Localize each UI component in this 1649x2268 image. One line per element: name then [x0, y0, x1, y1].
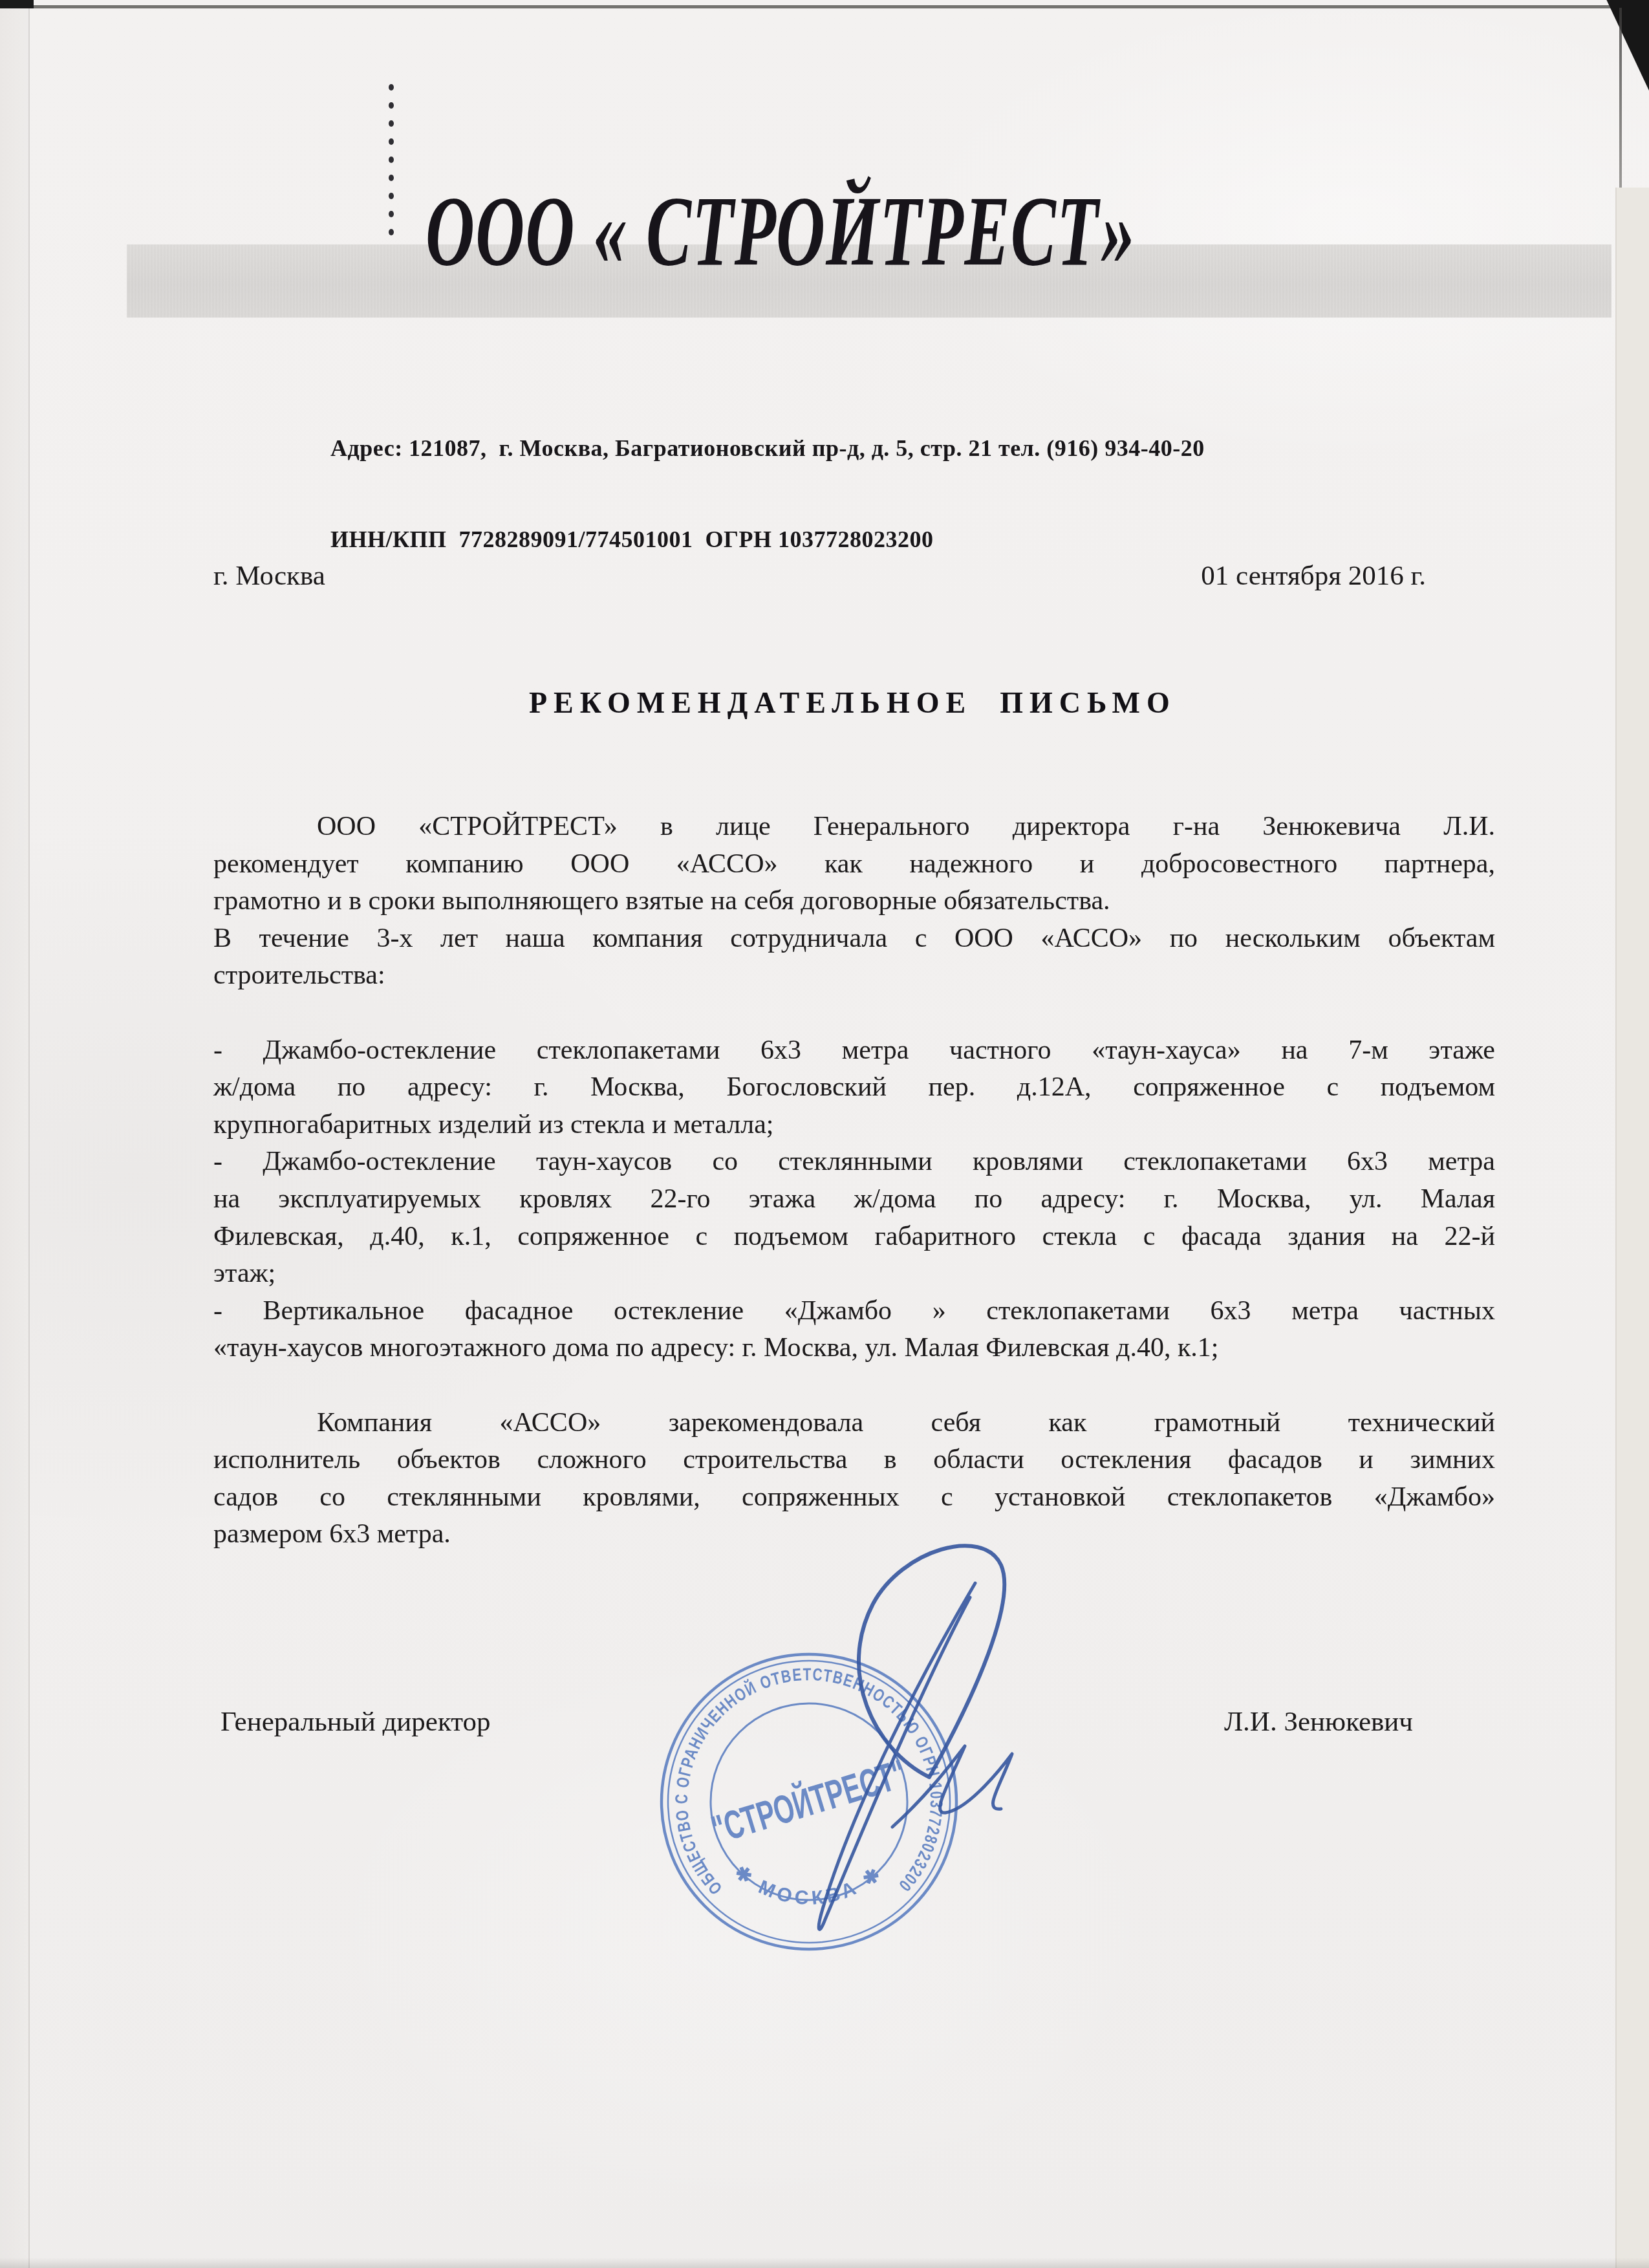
address-line-2: ИНН/КПП 7728289091/774501001 ОГРН 103772… [330, 524, 1205, 555]
dot [389, 120, 394, 127]
signer-name: Л.И. Зенюкевич [1224, 1706, 1413, 1738]
signer-title: Генеральный директор [221, 1706, 491, 1738]
scan-top-edge-line [26, 5, 1621, 8]
scan-top-right-corner [1597, 0, 1649, 91]
body-line: ООО «СТРОЙТРЕСТ» в лице Генерального дир… [213, 808, 1495, 846]
dot [389, 229, 394, 235]
body-line: В течение 3-х лет наша компания сотрудни… [213, 920, 1495, 958]
signature-zigzag [892, 1746, 1012, 1827]
body-line: исполнитель объектов сложного строительс… [213, 1442, 1495, 1479]
address-line-1: Адрес: 121087, г. Москва, Багратионовски… [330, 433, 1205, 464]
body-line: Компания «АССО» зарекомендовала себя как… [213, 1405, 1495, 1442]
company-title: ООО « СТРОЙТРЕСТ» [426, 181, 1136, 281]
scan-right-edge-line [1619, 8, 1622, 202]
body-line: рекомендует компанию ООО «АССО» как наде… [213, 846, 1495, 883]
body-line: строительства: [213, 957, 1495, 995]
dot [389, 102, 394, 109]
body-line: этаж; [213, 1255, 1495, 1293]
body-line: «таун-хаусов многоэтажного дома по адрес… [213, 1330, 1495, 1367]
letterhead-address: Адрес: 121087, г. Москва, Багратионовски… [330, 373, 1205, 616]
body-line: - Джамбо-остекление таун-хаусов со стекл… [213, 1143, 1495, 1181]
scan-bottom-shadow [0, 2258, 1649, 2268]
body-line: садов со стеклянными кровлями, сопряженн… [213, 1479, 1495, 1517]
dot [389, 157, 394, 163]
body-line: на эксплуатируемых кровлях 22-го этажа ж… [213, 1181, 1495, 1218]
dot [389, 211, 394, 217]
letter-title: РЕКОМЕНДАТЕЛЬНОЕ ПИСЬМО [529, 686, 1176, 720]
body-line: ж/дома по адресу: г. Москва, Богословски… [213, 1069, 1495, 1107]
body-line: - Вертикальное фасадное остекление «Джам… [213, 1293, 1495, 1330]
dot [389, 138, 394, 145]
scan-top-left-corner [0, 0, 34, 8]
scanned-letter-page: ООО « СТРОЙТРЕСТ» Адрес: 121087, г. Моск… [0, 0, 1649, 2268]
letter-body: ООО «СТРОЙТРЕСТ» в лице Генерального дир… [213, 808, 1495, 1553]
body-line: крупногабаритных изделий из стекла и мет… [213, 1107, 1495, 1144]
date-label: 01 сентября 2016 г. [1201, 560, 1426, 592]
body-line: Филевская, д.40, к.1, сопряженное с подъ… [213, 1218, 1495, 1256]
scan-right-edge-strip [1615, 188, 1649, 2268]
handwritten-signature [679, 1520, 1041, 1947]
dot [389, 175, 394, 181]
dotted-fold-marks [389, 84, 395, 247]
dot [389, 193, 394, 199]
scan-left-edge [0, 0, 30, 2268]
dot [389, 84, 394, 91]
body-line: грамотно и в сроки выполняющего взятые н… [213, 883, 1495, 920]
city-label: г. Москва [213, 560, 325, 592]
body-line: - Джамбо-остекление стеклопакетами 6х3 м… [213, 1032, 1495, 1070]
